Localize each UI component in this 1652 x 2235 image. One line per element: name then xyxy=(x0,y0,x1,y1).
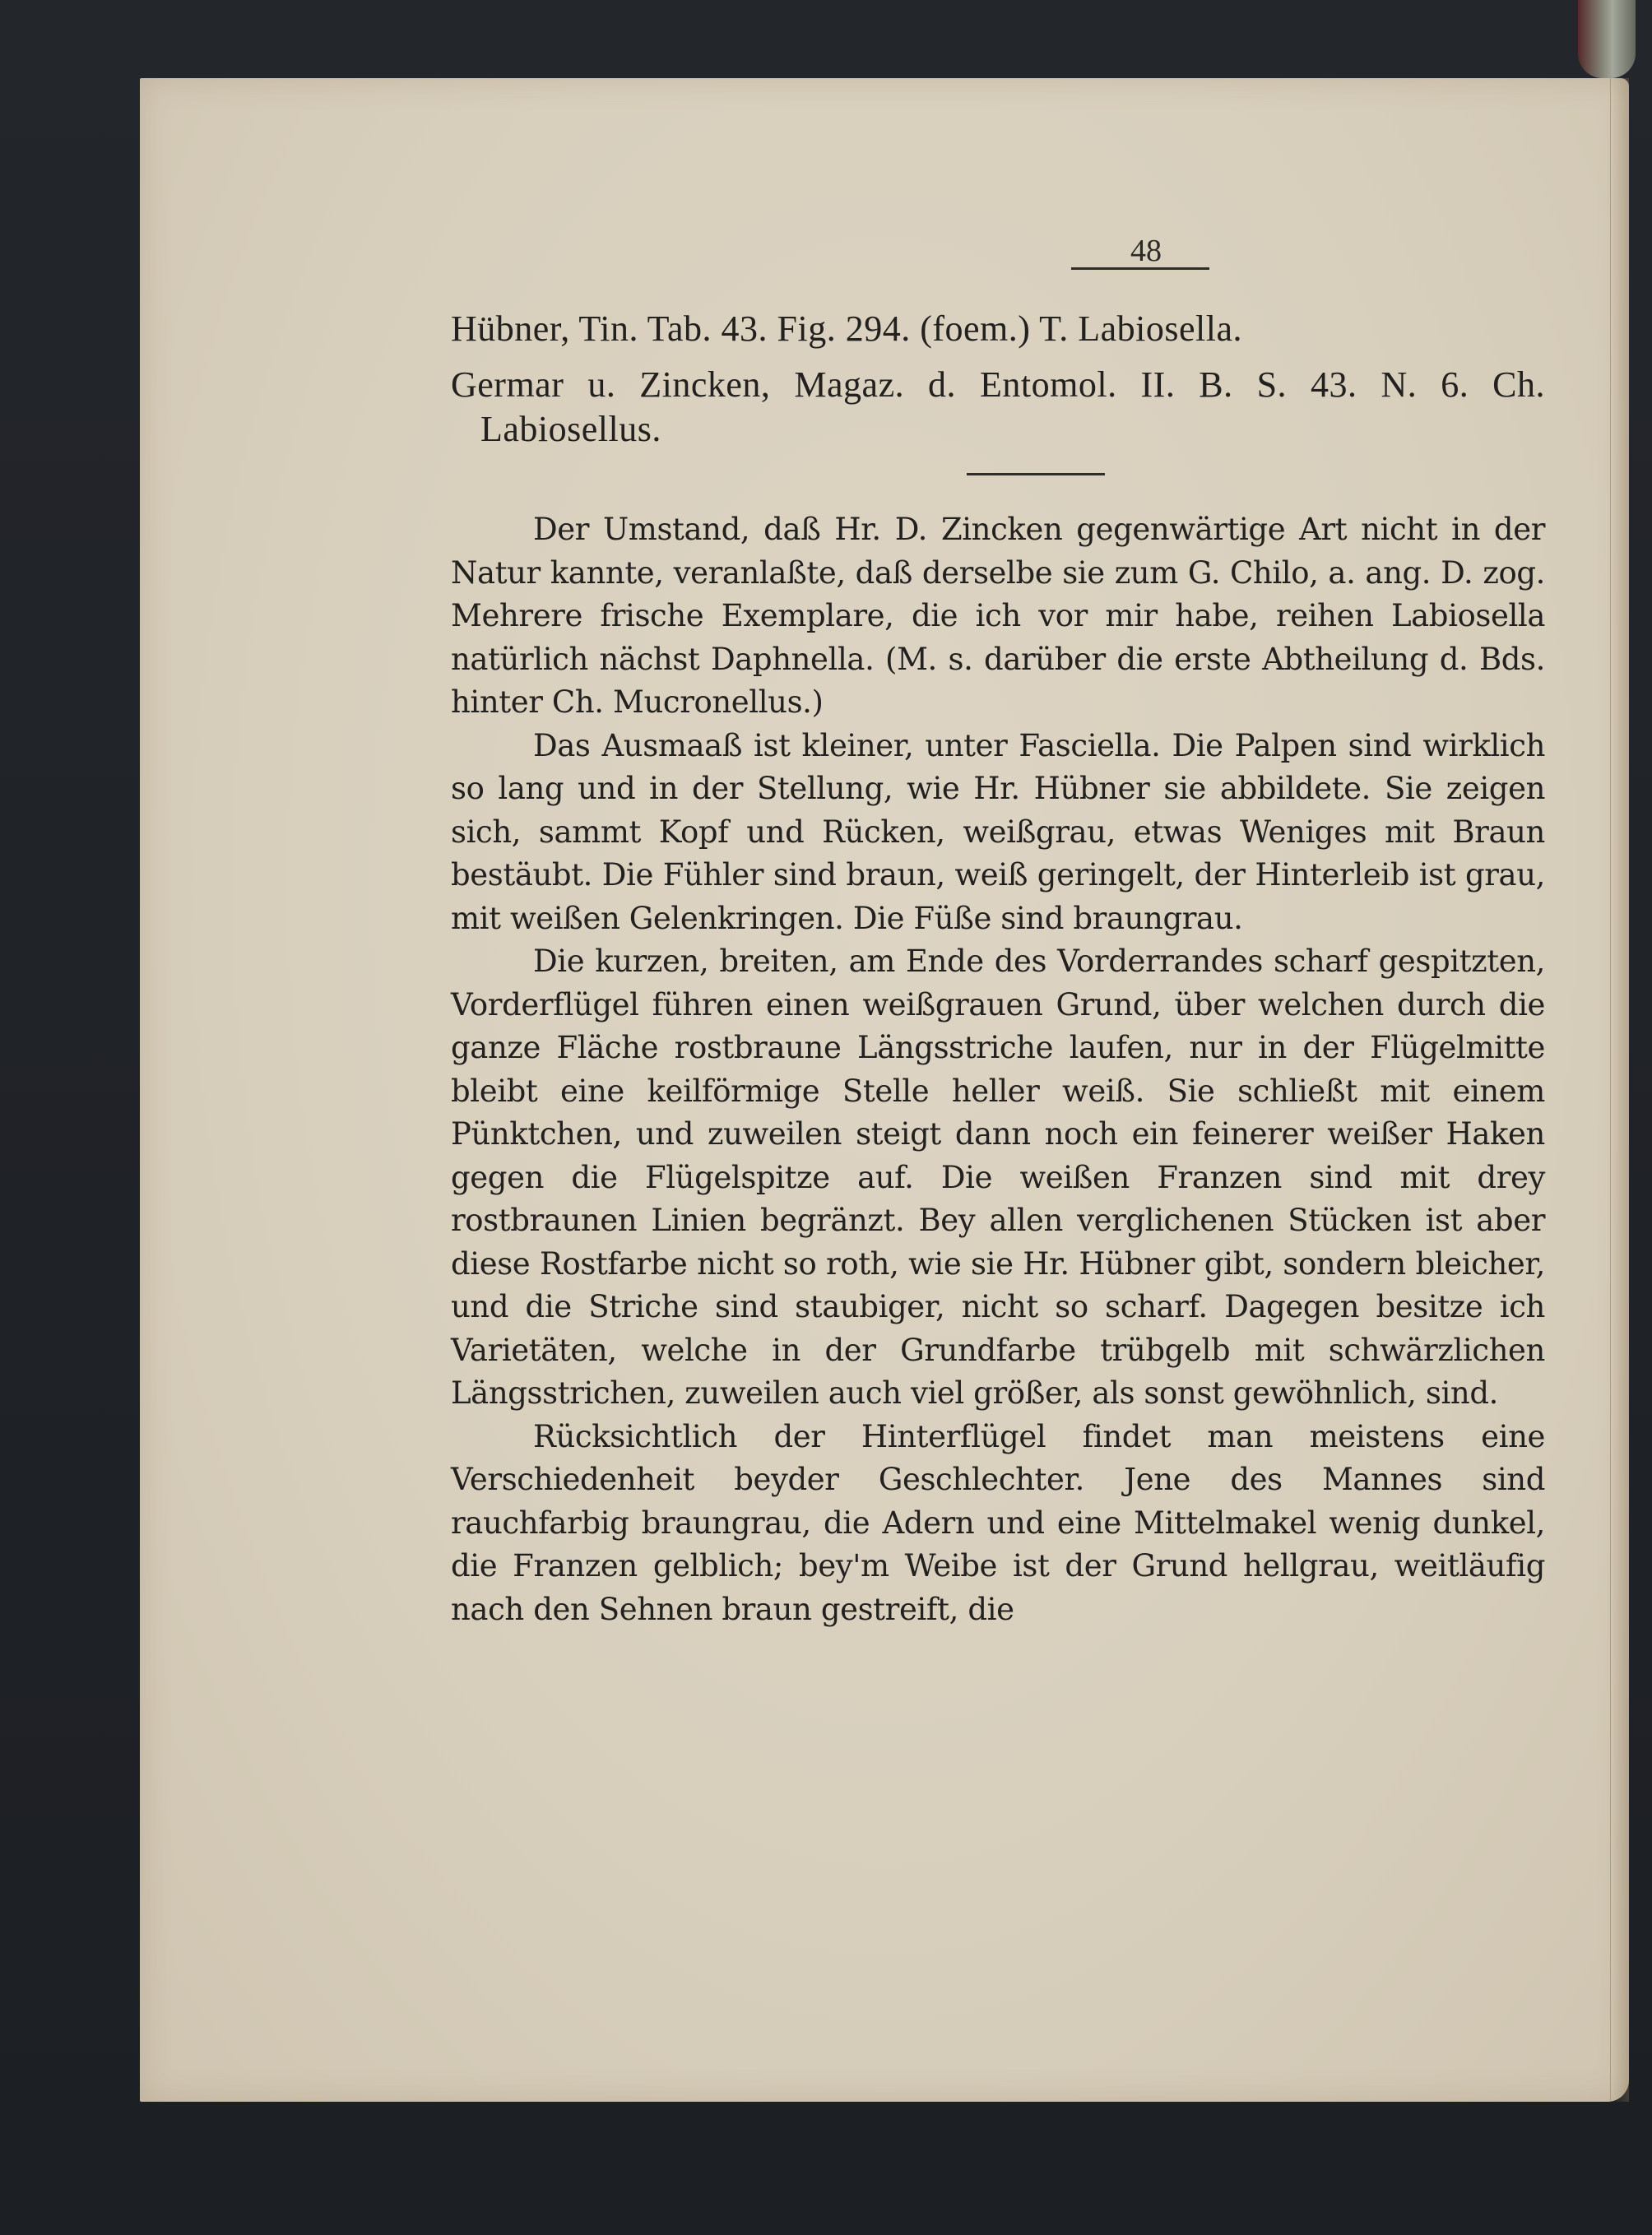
paragraph-3: Die kurzen, breiten, am Ende des Vorderr… xyxy=(451,940,1545,1416)
header-rule xyxy=(1071,267,1209,270)
paragraph-2: Das Ausmaaß ist kleiner, unter Fasciella… xyxy=(451,725,1545,941)
reference-germar-zincken: Germar u. Zincken, Magaz. d. Entomol. II… xyxy=(451,363,1545,452)
book-clasp xyxy=(1578,0,1636,78)
page-edge xyxy=(1610,78,1629,2102)
page-body: Hübner, Tin. Tab. 43. Fig. 294. (foem.) … xyxy=(451,307,1545,1631)
page-number: 48 xyxy=(1097,233,1195,269)
section-divider xyxy=(967,473,1105,475)
paragraph-1: Der Umstand, daß Hr. D. Zincken gegenwär… xyxy=(451,508,1545,725)
paragraph-4: Rücksichtlich der Hinterflügel findet ma… xyxy=(451,1416,1545,1632)
reference-hubner: Hübner, Tin. Tab. 43. Fig. 294. (foem.) … xyxy=(451,307,1545,351)
